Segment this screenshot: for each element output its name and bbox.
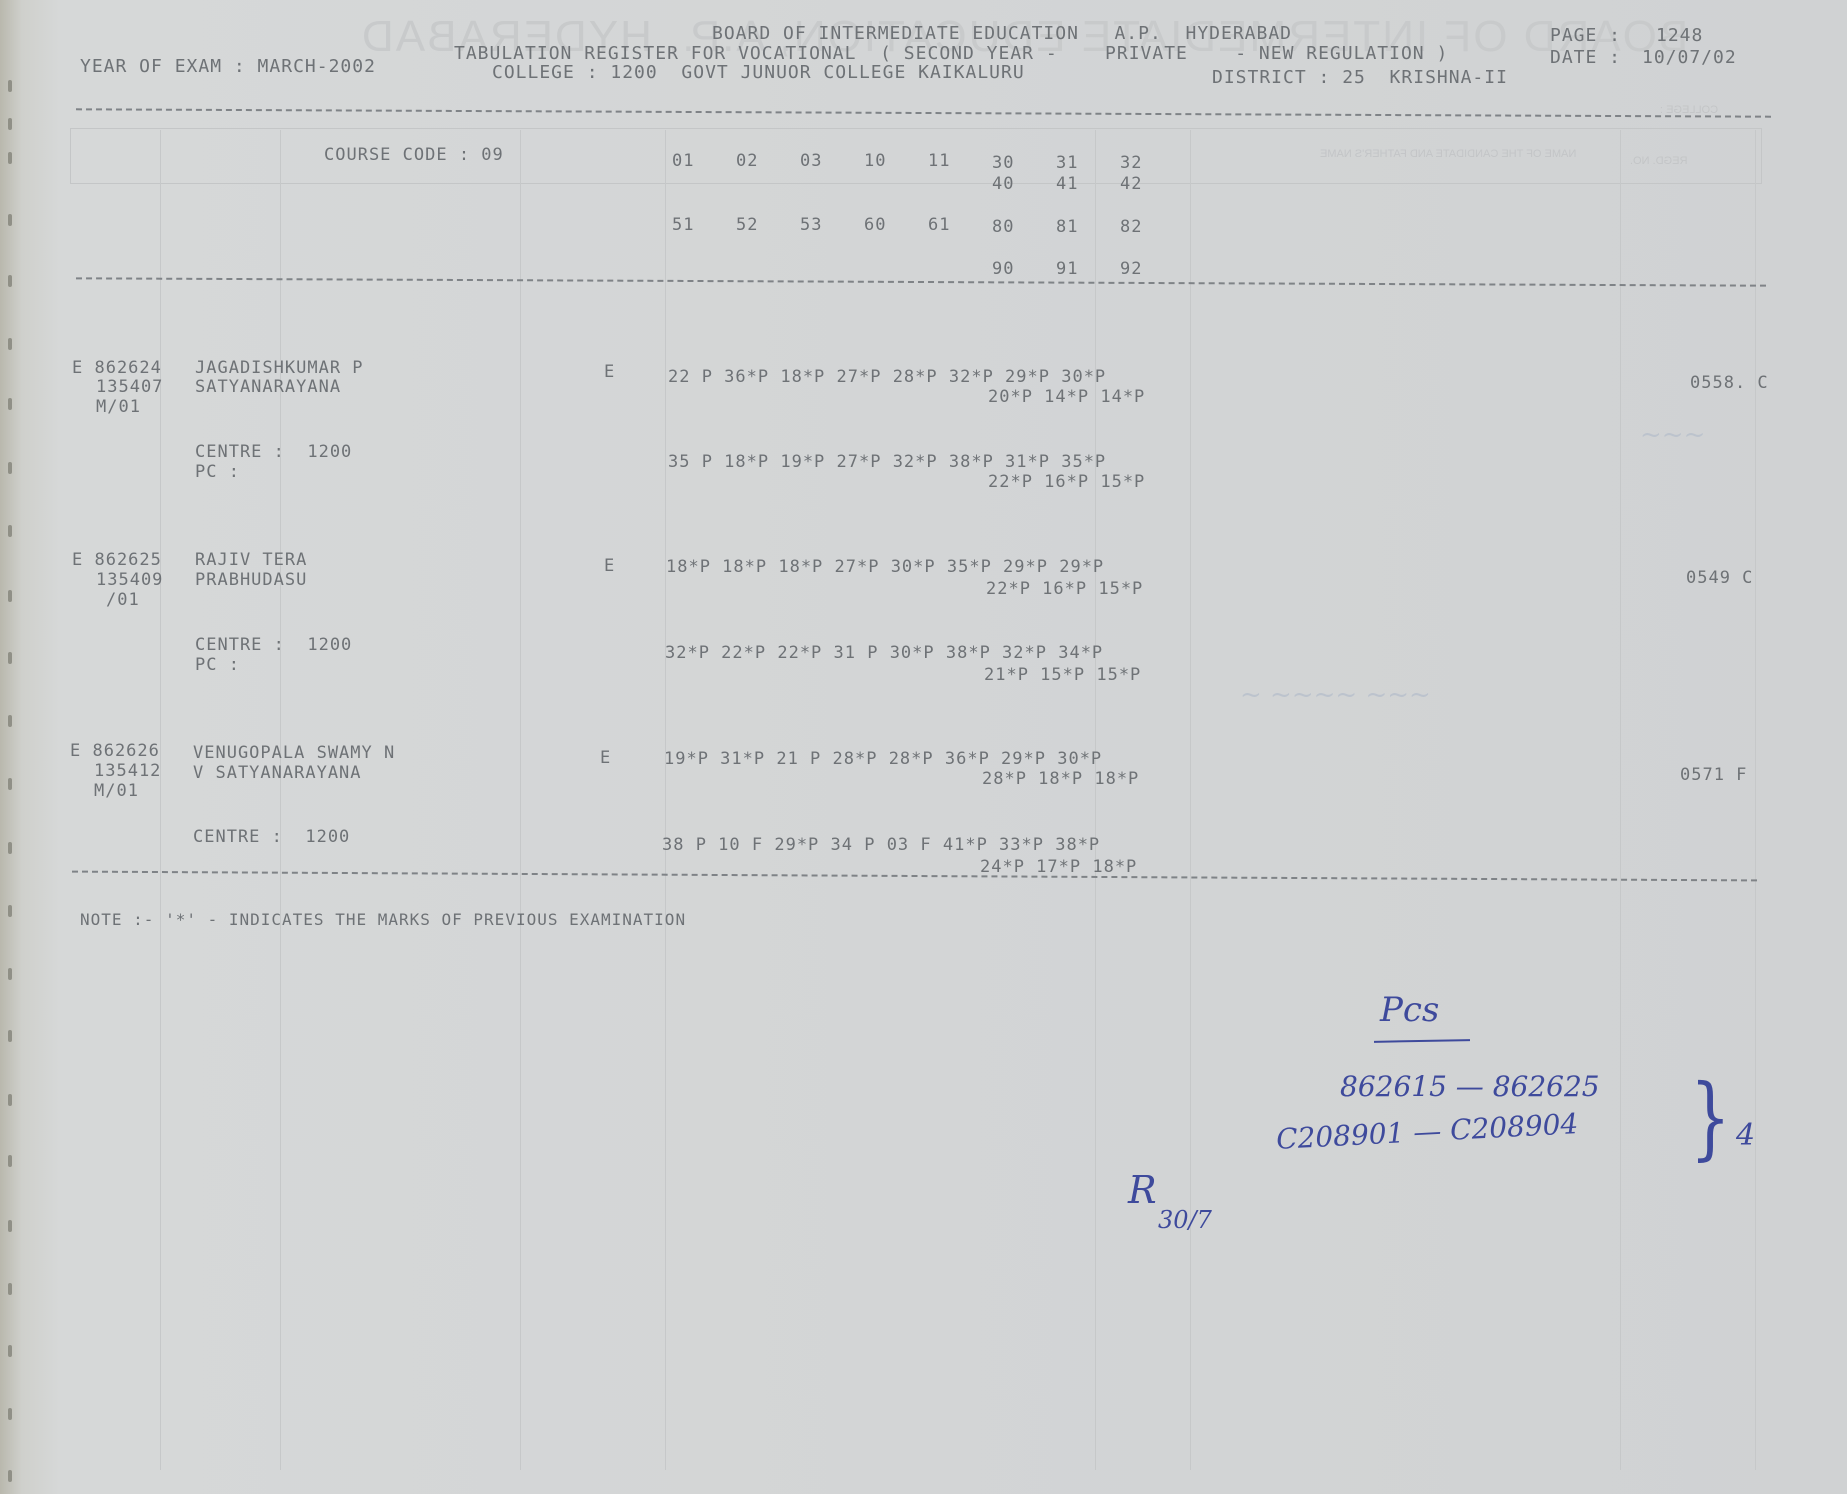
subject-code: 80: [992, 217, 1014, 237]
subject-code: 30: [992, 153, 1014, 173]
handwritten-title: Pcs: [1380, 990, 1439, 1030]
subject-code: 31: [1056, 153, 1078, 173]
subject-code: 60: [864, 215, 886, 235]
marks-first-year-extra: 22*P 16*P 15*P: [986, 579, 1143, 599]
father-name: SATYANARAYANA: [195, 377, 341, 397]
subject-code: 51: [672, 215, 694, 235]
marks-first-year-extra: 20*P 14*P 14*P: [988, 387, 1145, 407]
board-title: BOARD OF INTERMEDIATE EDUCATION A.P. HYD…: [712, 24, 1292, 44]
candidate-roll: 135407: [96, 377, 163, 397]
page-label: PAGE :: [1550, 26, 1621, 46]
year-of-exam: YEAR OF EXAM : MARCH-2002: [80, 57, 376, 77]
subject-code: 01: [672, 151, 694, 171]
marks-first-year-extra: 28*P 18*P 18*P: [982, 769, 1139, 789]
centre: CENTRE : 1200: [193, 827, 350, 847]
marks-second-year: 32*P 22*P 22*P 31 P 30*P 38*P 32*P 34*P: [665, 643, 1103, 663]
total-result: 0571 F: [1680, 765, 1747, 785]
handwritten-underline: [1374, 1039, 1470, 1043]
handwritten-initials: R: [1128, 1168, 1157, 1212]
faint-handwriting: ~~~: [1640, 420, 1705, 450]
handwritten-range-1: 862615 — 862625: [1340, 1070, 1600, 1103]
total-result: 0549 C: [1686, 568, 1753, 588]
records-divider: [72, 871, 1757, 882]
medium: E: [604, 556, 615, 576]
subject-code: 92: [1120, 259, 1142, 279]
father-name: PRABHUDASU: [195, 570, 307, 590]
candidate-roll: 135412: [94, 761, 161, 781]
medium: E: [600, 748, 611, 768]
marks-second-year: 35 P 18*P 19*P 27*P 32*P 38*P 31*P 35*P: [668, 452, 1106, 472]
pc: PC :: [195, 655, 240, 675]
subject-code: 82: [1120, 217, 1142, 237]
register-sheet: BOARD OF INTERMEDIATE EDUCATION, A.P., H…: [0, 0, 1847, 1494]
candidate-id: E 862624: [72, 358, 162, 378]
candidate-code: M/01: [94, 781, 139, 801]
header-divider: [76, 108, 1771, 117]
subject-code: 11: [928, 151, 950, 171]
tractor-feed-holes: [8, 0, 22, 1494]
handwritten-range-2: C208901 — C208904: [1275, 1107, 1579, 1156]
subject-code: 52: [736, 215, 758, 235]
codes-divider: [76, 277, 1766, 286]
marks-first-year: 18*P 18*P 18*P 27*P 30*P 35*P 29*P 29*P: [666, 557, 1104, 577]
date-value: 10/07/02: [1642, 48, 1737, 68]
marks-first-year: 22 P 36*P 18*P 27*P 28*P 32*P 29*P 30*P: [668, 367, 1106, 387]
marks-second-year-extra: 21*P 15*P 15*P: [984, 665, 1141, 685]
subject-code: 40: [992, 174, 1014, 194]
candidate-code: /01: [106, 590, 140, 610]
medium: E: [604, 362, 615, 382]
subject-code: 02: [736, 151, 758, 171]
date-label: DATE :: [1550, 48, 1621, 68]
subject-code: 03: [800, 151, 822, 171]
pc: PC :: [195, 462, 240, 482]
subject-code: 61: [928, 215, 950, 235]
college-line: COLLEGE : 1200 GOVT JUNUOR COLLEGE KAIKA…: [492, 63, 1025, 83]
footnote: NOTE :- '*' - INDICATES THE MARKS OF PRE…: [80, 910, 686, 930]
ghost-col-name: NAME OF THE CANDIDATE AND FATHER'S NAME: [1320, 148, 1576, 160]
subject-code: 41: [1056, 174, 1078, 194]
marks-second-year-extra: 24*P 17*P 18*P: [980, 857, 1137, 877]
ghost-col-regd: REGD. NO.: [1630, 155, 1687, 167]
subject-code: 90: [992, 259, 1014, 279]
total-result: 0558. C: [1690, 373, 1769, 393]
handwritten-date: 30/7: [1158, 1206, 1212, 1234]
marks-second-year: 38 P 10 F 29*P 34 P 03 F 41*P 33*P 38*P: [662, 835, 1100, 855]
course-code: COURSE CODE : 09: [324, 145, 504, 165]
candidate-code: M/01: [96, 397, 141, 417]
ghost-college: COLLEGE :: [1660, 104, 1718, 116]
candidate-name: VENUGOPALA SWAMY N: [193, 743, 395, 763]
subject-code: 32: [1120, 153, 1142, 173]
subject-code: 81: [1056, 217, 1078, 237]
candidate-name: RAJIV TERA: [195, 550, 307, 570]
candidate-id: E 862626: [70, 741, 160, 761]
subject-code: 91: [1056, 259, 1078, 279]
subject-code: 42: [1120, 174, 1142, 194]
subject-code: 53: [800, 215, 822, 235]
centre: CENTRE : 1200: [195, 635, 352, 655]
subject-code: 10: [864, 151, 886, 171]
page-number: 1248: [1656, 26, 1703, 46]
brace-icon: }: [1690, 1067, 1731, 1171]
centre: CENTRE : 1200: [195, 442, 352, 462]
father-name: V SATYANARAYANA: [193, 763, 362, 783]
candidate-name: JAGADISHKUMAR P: [195, 358, 364, 378]
marks-first-year: 19*P 31*P 21 P 28*P 28*P 36*P 29*P 30*P: [664, 749, 1102, 769]
handwritten-count: 4: [1736, 1118, 1755, 1153]
marks-second-year-extra: 22*P 16*P 15*P: [988, 472, 1145, 492]
candidate-roll: 135409: [96, 570, 163, 590]
district-line: DISTRICT : 25 KRISHNA-II: [1212, 68, 1508, 88]
faint-handwriting: ~ ~~~~ ~~~: [1240, 680, 1431, 710]
candidate-id: E 862625: [72, 550, 162, 570]
register-title: TABULATION REGISTER FOR VOCATIONAL ( SEC…: [454, 44, 1448, 64]
